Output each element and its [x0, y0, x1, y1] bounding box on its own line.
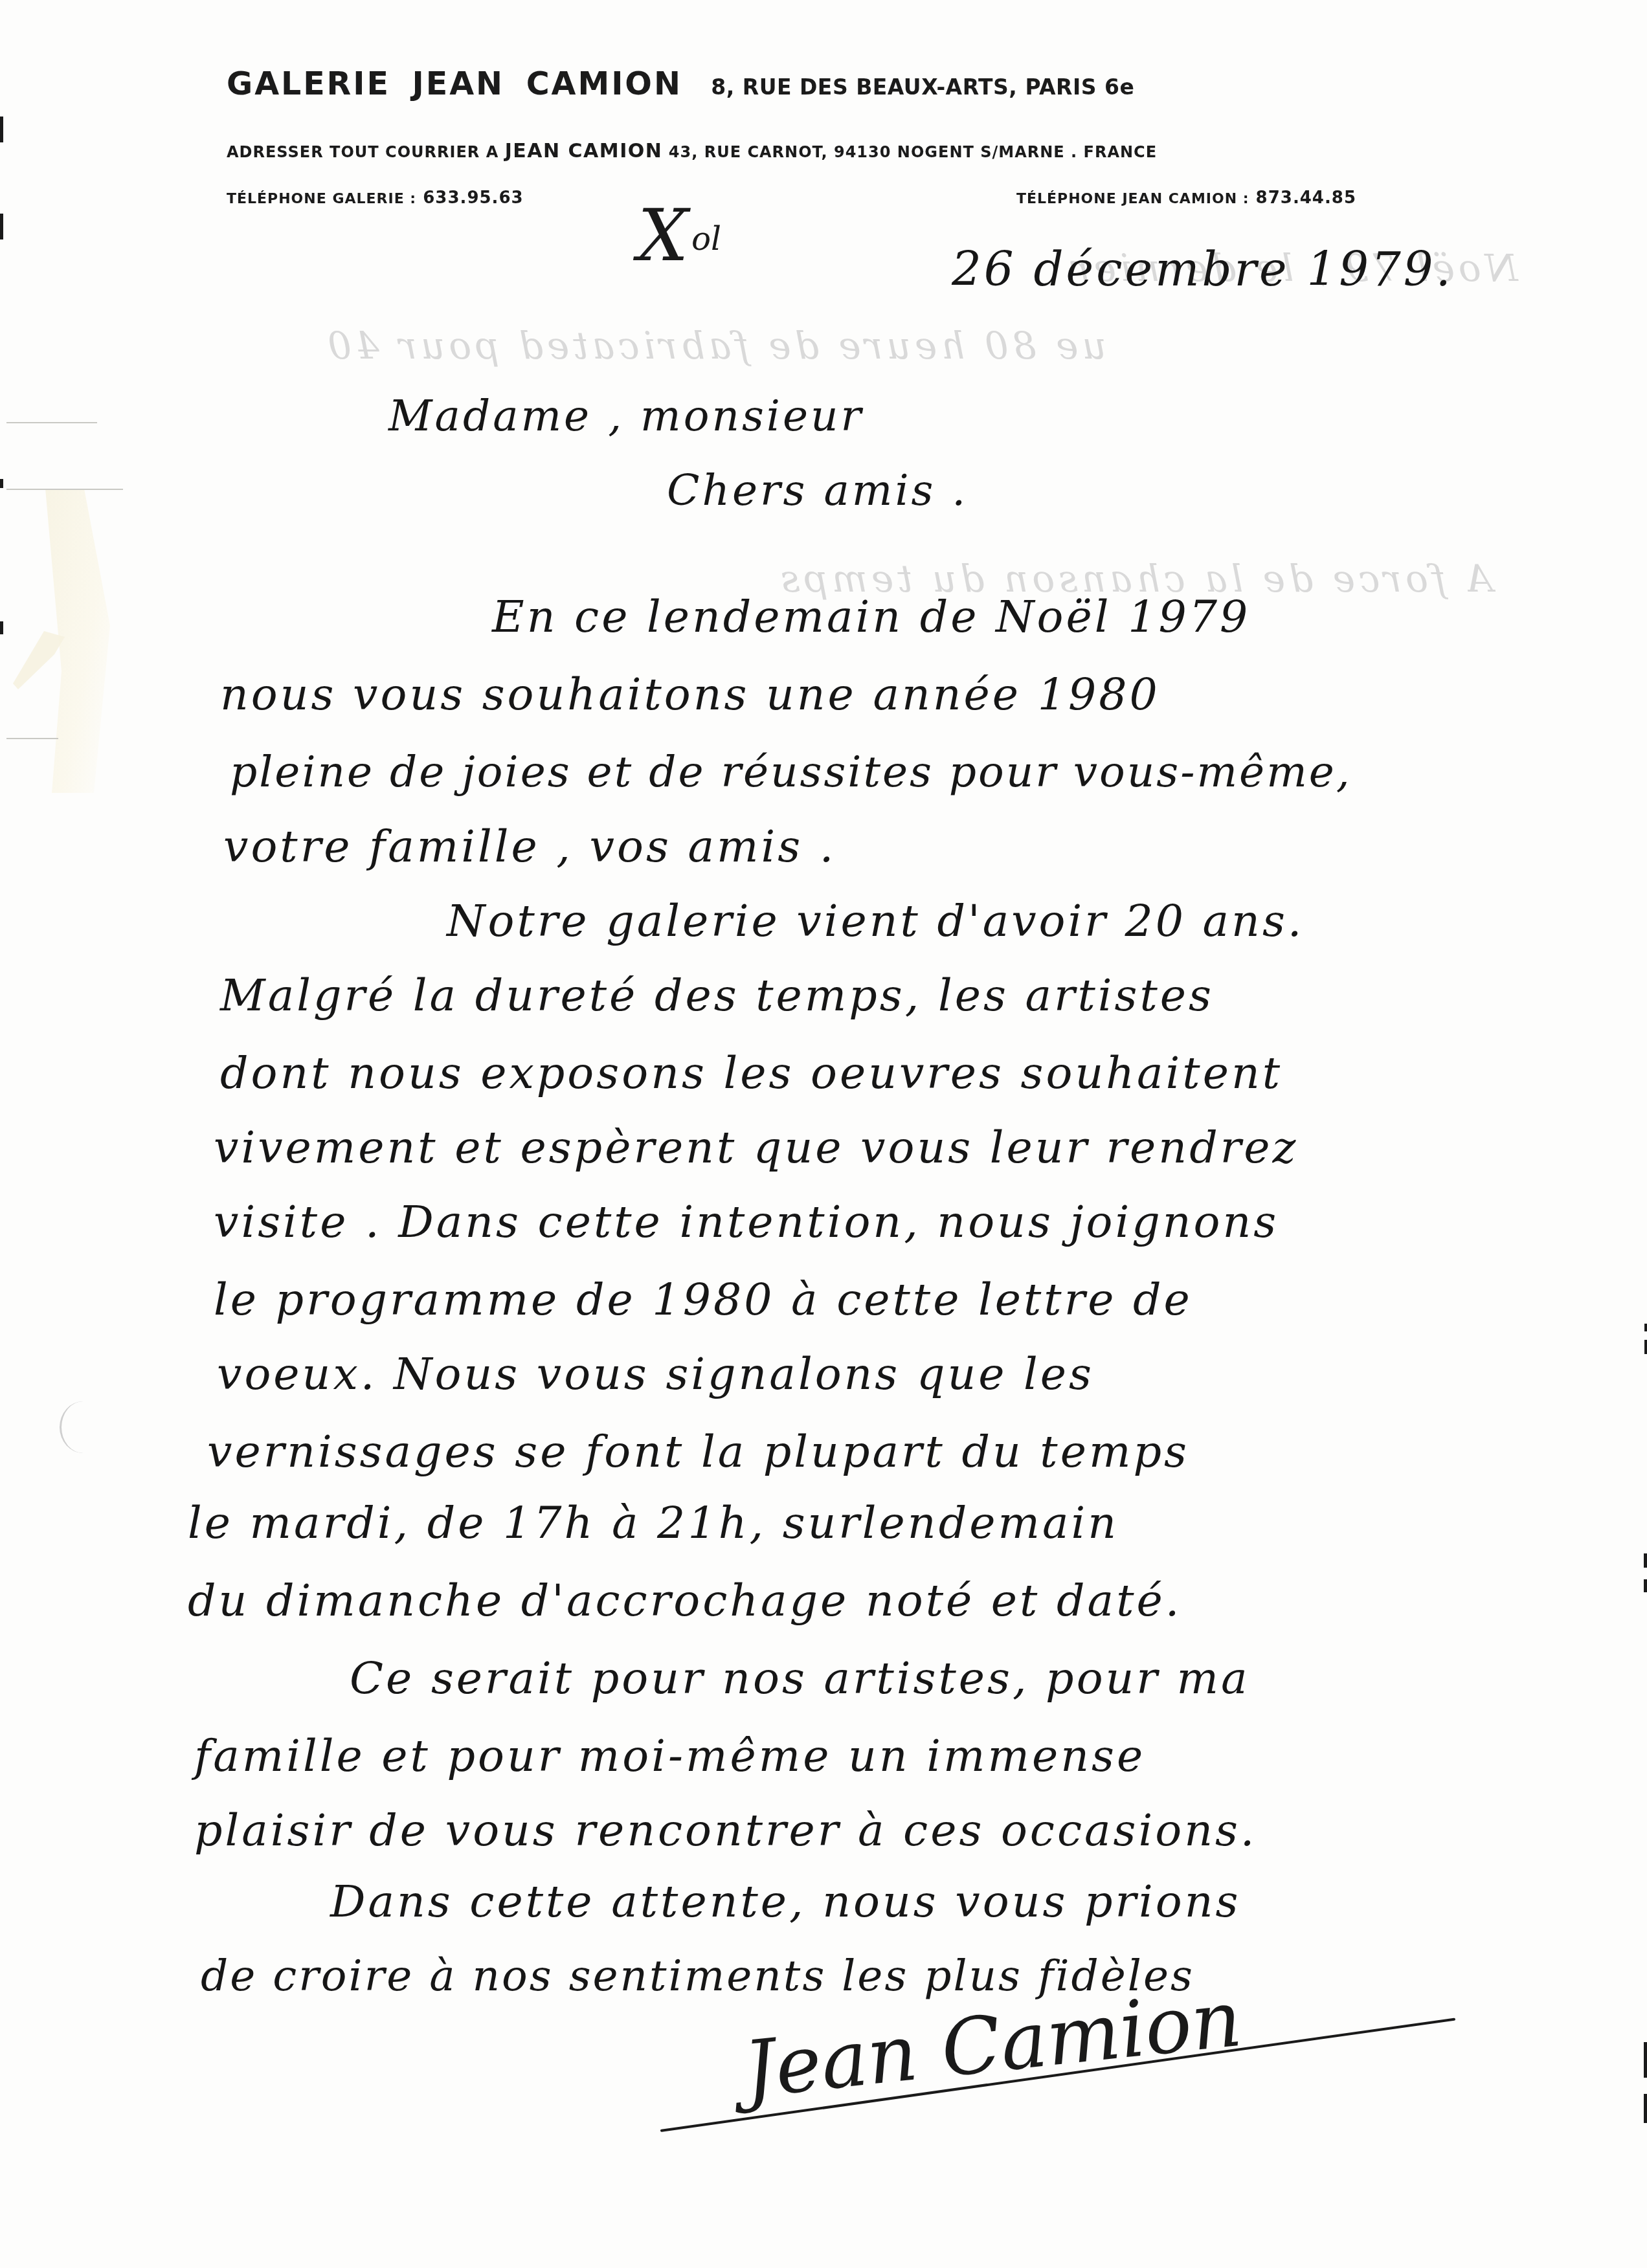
binder-mark [1644, 1553, 1647, 1568]
paper-crease [6, 738, 58, 739]
binder-mark [0, 621, 3, 634]
letter-page: Noël 79 , le dernier ue 80 heure de fabr… [0, 0, 1647, 2268]
annotation-mark: X [638, 194, 688, 277]
binder-mark [1644, 1324, 1647, 1331]
salutation-line-2: Chers amis . [667, 469, 968, 512]
body-line: de croire à nos sentiments les plus fidè… [201, 1955, 1194, 1997]
phone-gallery: TÉLÉPHONE GALERIE : 633.95.63 [227, 188, 524, 208]
paper-crease [6, 422, 97, 423]
body-line: vernissages se font la plupart du temps [207, 1430, 1189, 1474]
phone-personal-number: 873.44.85 [1256, 188, 1356, 208]
body-line: Malgré la dureté des temps, les artistes [220, 974, 1214, 1018]
body-line: dont nous exposons les oeuvres souhaiten… [220, 1052, 1283, 1096]
mail-address: 43, RUE CARNOT, 94130 NOGENT S/MARNE . F… [669, 143, 1157, 161]
body-line: vivement et espèrent que vous leur rendr… [214, 1126, 1298, 1170]
paper-fold-small [13, 631, 65, 689]
paper-crease [6, 489, 123, 490]
body-line: votre famille , vos amis . [223, 825, 836, 869]
mail-instruction: ADRESSER TOUT COURRIER A JEAN CAMION 43,… [227, 140, 1356, 162]
phone-personal-label: TÉLÉPHONE JEAN CAMION : [1016, 191, 1249, 207]
body-line: voeux. Nous vous signalons que les [217, 1353, 1094, 1397]
mail-instruction-prefix: ADRESSER TOUT COURRIER A [227, 143, 499, 161]
body-line: pleine de joies et de réussites pour vou… [230, 751, 1352, 794]
body-line: En ce lendemain de Noël 1979 [492, 595, 1250, 639]
salutation-line-1: Madame , monsieur [388, 395, 864, 438]
body-line: le mardi, de 17h à 21h, surlendemain [188, 1502, 1119, 1546]
body-line: le programme de 1980 à cette lettre de [214, 1278, 1193, 1322]
binder-mark [1644, 1579, 1647, 1592]
letterhead: GALERIE JEAN CAMION 8, RUE DES BEAUX-ART… [227, 65, 1356, 208]
annotation-mark-suffix: ol [691, 220, 721, 258]
binder-mark [0, 214, 3, 239]
punch-hole-shadow [60, 1401, 107, 1453]
letter-date: 26 décembre 1979. [952, 246, 1453, 293]
mail-recipient: JEAN CAMION [505, 140, 663, 162]
gallery-name: GALERIE JEAN CAMION [227, 65, 682, 102]
binder-mark [0, 117, 3, 142]
binder-mark [0, 479, 3, 488]
binder-mark [1644, 1340, 1647, 1354]
body-line: du dimanche d'accrochage noté et daté. [188, 1579, 1182, 1623]
body-line: visite . Dans cette intention, nous joig… [214, 1201, 1279, 1245]
phone-gallery-number: 633.95.63 [423, 188, 523, 208]
body-line: plaisir de vous rencontrer à ces occasio… [194, 1809, 1257, 1853]
bleed-through-text: ue 80 heure de fabricated pour 40 [324, 324, 1106, 368]
body-line: Dans cette attente, nous vous prions [330, 1880, 1240, 1924]
binder-mark [1644, 2094, 1647, 2123]
gallery-address: 8, RUE DES BEAUX-ARTS, PARIS 6e [711, 74, 1134, 100]
body-line: nous vous souhaitons une année 1980 [220, 673, 1160, 717]
body-line: Notre galerie vient d'avoir 20 ans. [447, 900, 1304, 944]
phone-gallery-label: TÉLÉPHONE GALERIE : [227, 191, 416, 207]
binder-mark [1644, 2042, 1647, 2078]
phone-personal: TÉLÉPHONE JEAN CAMION : 873.44.85 [1016, 188, 1356, 208]
body-line: Ce serait pour nos artistes, pour ma [350, 1657, 1250, 1701]
body-line: famille et pour moi-même un immense [194, 1735, 1145, 1779]
